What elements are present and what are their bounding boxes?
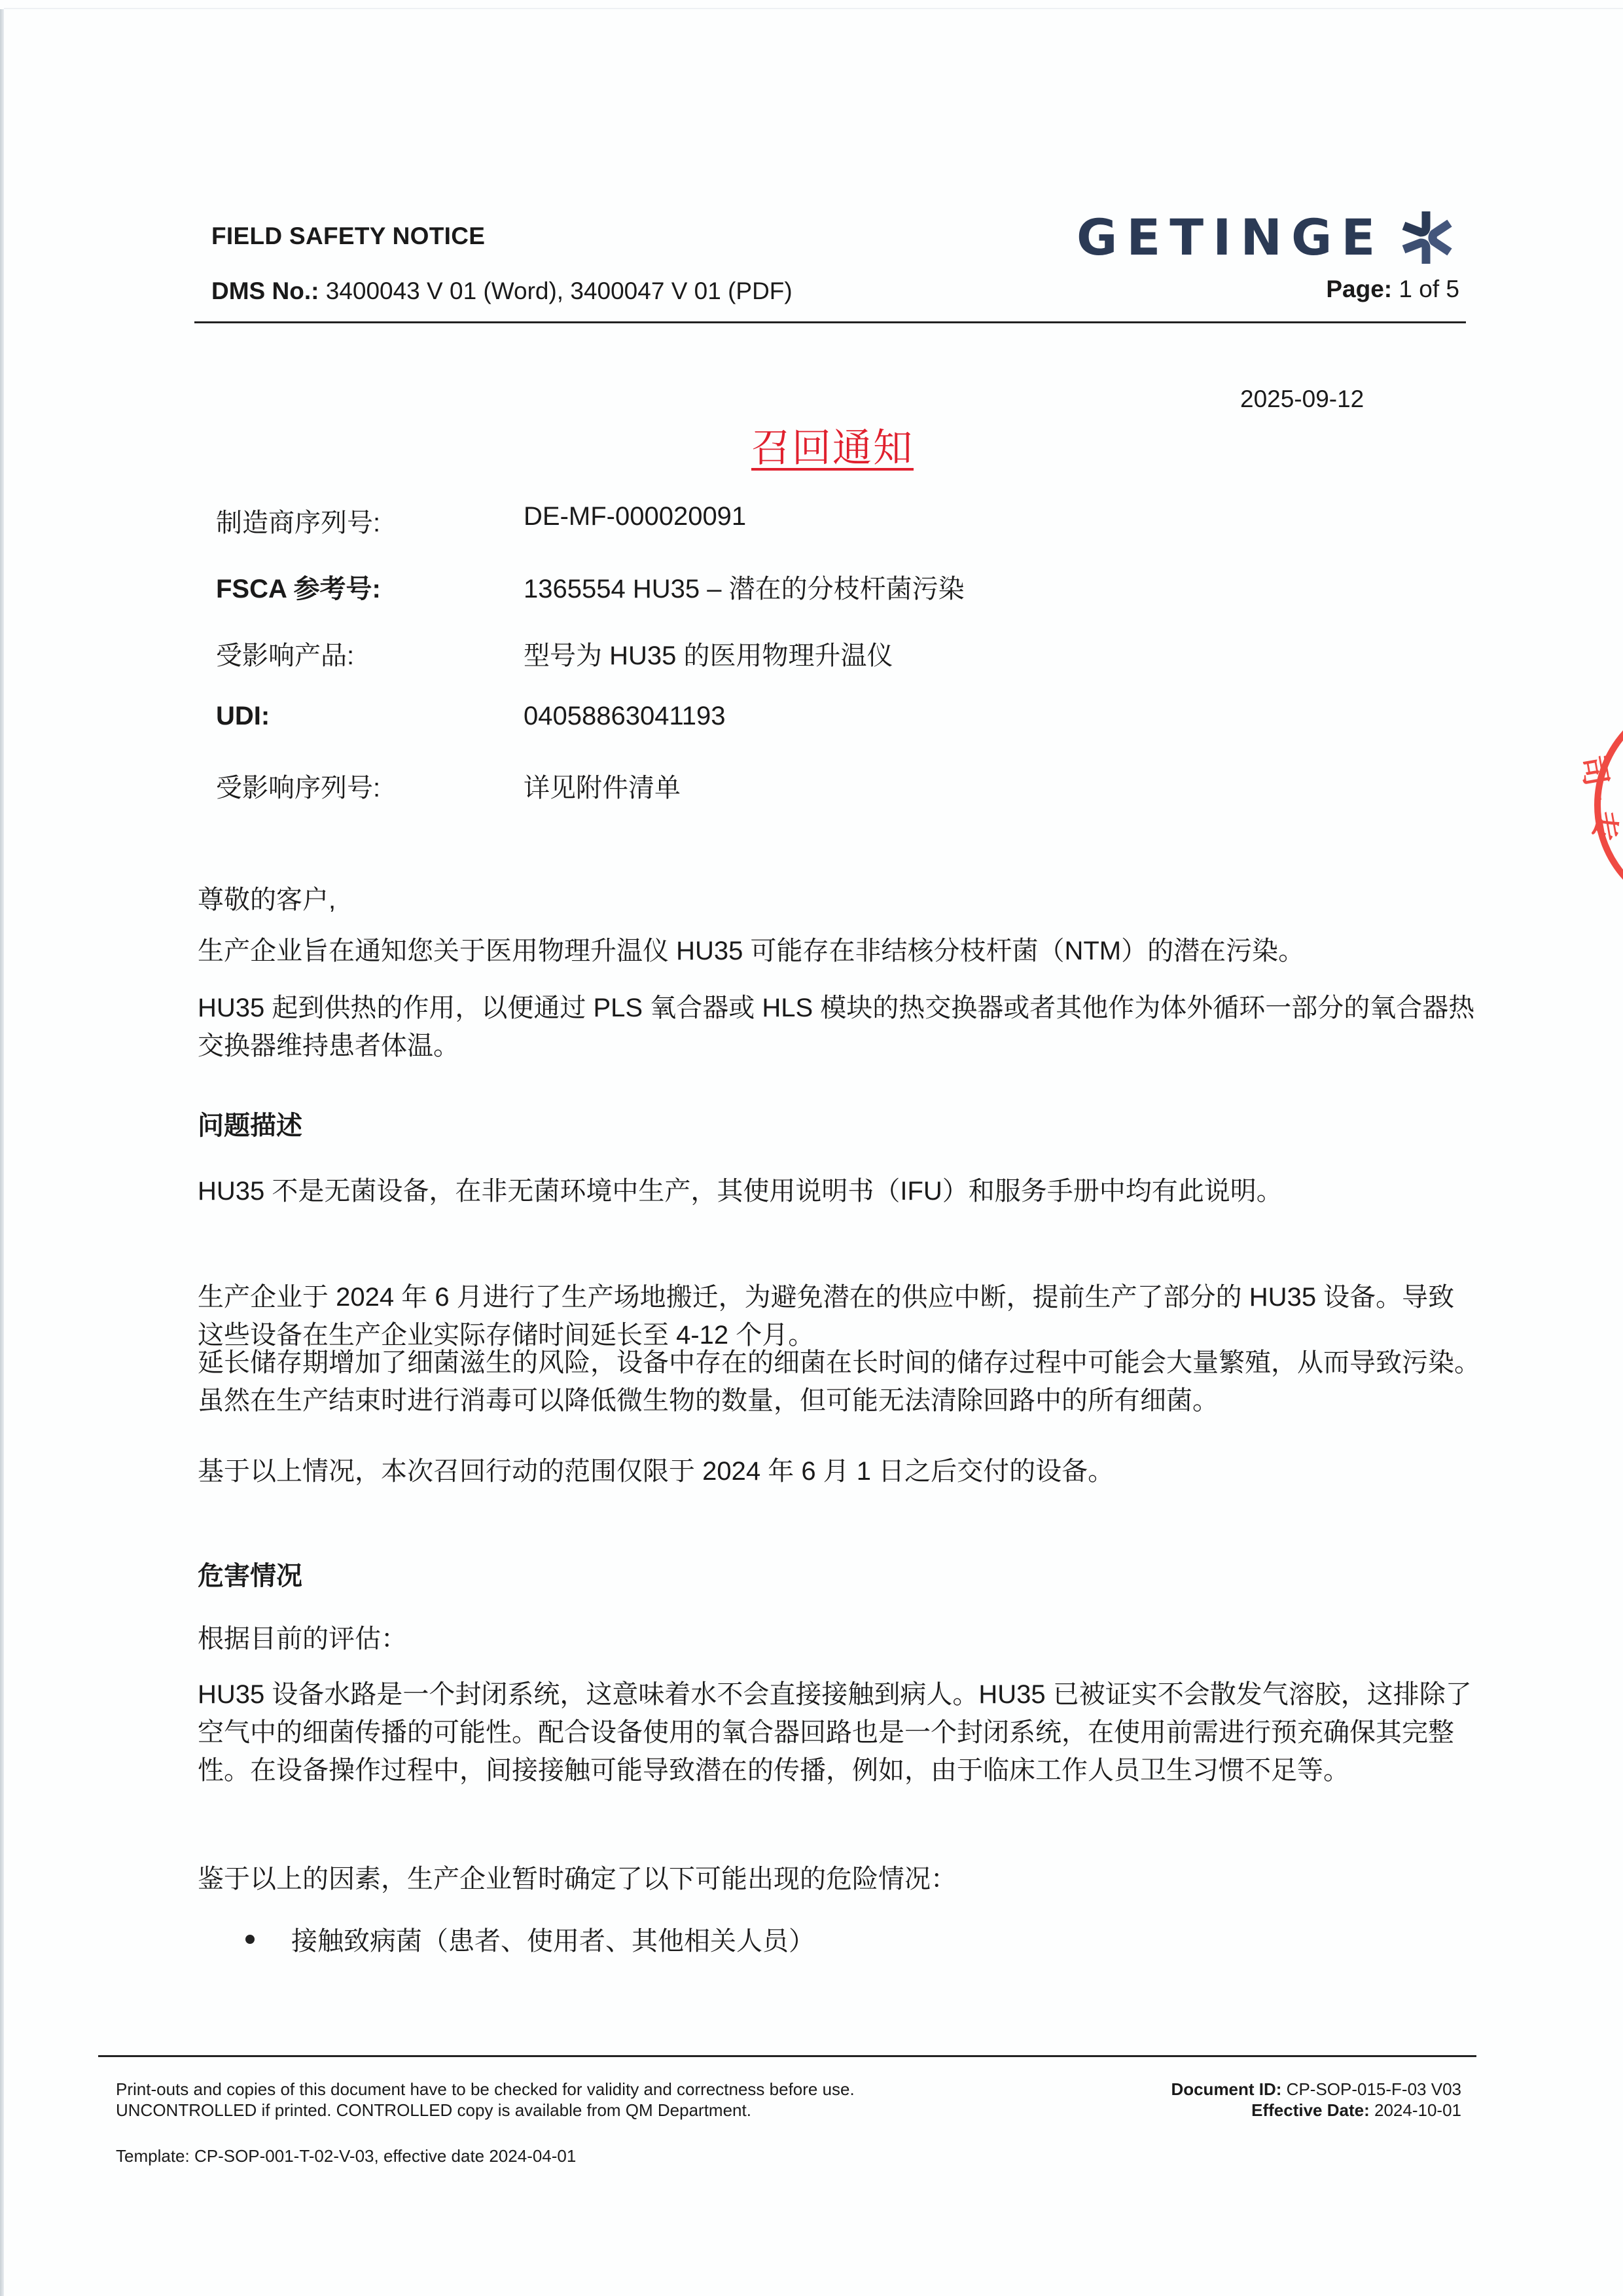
document-id: Document ID: CP-SOP-015-F-03 V03 xyxy=(1171,2079,1461,2100)
page-label: Page: xyxy=(1326,276,1392,302)
footer-divider xyxy=(98,2055,1476,2057)
info-value: 详见附件清单 xyxy=(524,767,681,804)
bullet-icon xyxy=(245,1935,255,1944)
document-id-label: Document ID: xyxy=(1171,2079,1281,2099)
effective-date: Effective Date: 2024-10-01 xyxy=(1171,2100,1461,2121)
scope-paragraph: 基于以上情况，本次召回行动的范围仅限于 2024 年 6 月 1 日之后交付的设… xyxy=(198,1452,1480,1490)
page-value: 1 of 5 xyxy=(1399,276,1459,302)
info-row-affected-product: 受影响产品: 型号为 HU35 的医用物理升温仪 xyxy=(216,635,893,672)
getinge-logo: GETINGE xyxy=(1077,208,1452,266)
effective-date-value: 2024-10-01 xyxy=(1374,2100,1461,2120)
seal-text: 司 · 专 xyxy=(1574,753,1623,845)
section-heading-hazard: 危害情况 xyxy=(198,1555,302,1592)
page-title: 召回通知 xyxy=(751,417,914,473)
document-id-value: CP-SOP-015-F-03 V03 xyxy=(1287,2079,1461,2099)
info-label: 受影响产品: xyxy=(216,635,524,672)
problem-paragraph-2: 生产企业于 2024 年 6 月进行了生产场地搬迁，为避免潜在的供应中断，提前生… xyxy=(198,1278,1480,1354)
info-row-fsca-ref: FSCA 参考号: 1365554 HU35 – 潜在的分枝杆菌污染 xyxy=(216,568,965,605)
scan-edge xyxy=(0,9,4,2296)
info-label: 受影响序列号: xyxy=(216,767,524,804)
dms-label: DMS No.: xyxy=(211,278,319,304)
intro-paragraph: 生产企业旨在通知您关于医用物理升温仪 HU35 可能存在非结核分枝杆菌（NTM）… xyxy=(198,932,1480,970)
page-number: Page: 1 of 5 xyxy=(1326,276,1459,303)
footer-notice: Print-outs and copies of this document h… xyxy=(116,2079,855,2121)
intro-paragraph-2: HU35 起到供热的作用，以便通过 PLS 氧合器或 HLS 模块的热交换器或者… xyxy=(198,989,1480,1065)
effective-date-label: Effective Date: xyxy=(1251,2100,1370,2120)
footer-template: Template: CP-SOP-001-T-02-V-03, effectiv… xyxy=(116,2146,576,2166)
info-row-udi: UDI: 04058863041193 xyxy=(216,702,725,731)
info-label: 制造商序列号: xyxy=(216,502,524,539)
hazard-paragraph: HU35 设备水路是一个封闭系统，这意味着水不会直接接触到病人。HU35 已被证… xyxy=(198,1676,1480,1789)
dms-number: DMS No.: 3400043 V 01 (Word), 3400047 V … xyxy=(211,278,793,305)
hazard-summary: 鉴于以上的因素，生产企业暂时确定了以下可能出现的危险情况： xyxy=(198,1860,1480,1898)
header-divider xyxy=(194,321,1466,323)
info-label: FSCA 参考号: xyxy=(216,568,524,605)
scan-edge-top xyxy=(4,8,1623,9)
hazard-intro: 根据目前的评估： xyxy=(198,1620,1480,1658)
company-seal-stamp: 司 · 专 xyxy=(1594,694,1623,916)
info-value: 型号为 HU35 的医用物理升温仪 xyxy=(524,635,893,672)
info-value: DE-MF-000020091 xyxy=(524,502,746,539)
greeting: 尊敬的客户, xyxy=(198,881,1480,919)
footer-notice-line-2: UNCONTROLLED if printed. CONTROLLED copy… xyxy=(116,2100,855,2121)
section-heading-problem: 问题描述 xyxy=(198,1105,302,1142)
document-type: FIELD SAFETY NOTICE xyxy=(211,223,485,250)
list-item-text: 接触致病菌（患者、使用者、其他相关人员） xyxy=(291,1920,815,1958)
logo-wordmark: GETINGE xyxy=(1077,208,1384,266)
info-value: 04058863041193 xyxy=(524,702,725,731)
getinge-asterisk-icon xyxy=(1397,210,1452,265)
info-row-manufacturer-sn: 制造商序列号: DE-MF-000020091 xyxy=(216,502,746,539)
info-value: 1365554 HU35 – 潜在的分枝杆菌污染 xyxy=(524,568,965,605)
problem-paragraph-3: 延长储存期增加了细菌滋生的风险，设备中存在的细菌在长时间的储存过程中可能会大量繁… xyxy=(198,1344,1480,1420)
footer-doc-info: Document ID: CP-SOP-015-F-03 V03 Effecti… xyxy=(1171,2079,1461,2121)
notice-date: 2025-09-12 xyxy=(1240,386,1364,413)
info-row-affected-sn: 受影响序列号: 详见附件清单 xyxy=(216,767,681,804)
dms-value: 3400043 V 01 (Word), 3400047 V 01 (PDF) xyxy=(326,278,793,304)
problem-paragraph-1: HU35 不是无菌设备，在非无菌环境中生产，其使用说明书（IFU）和服务手册中均… xyxy=(198,1172,1480,1210)
info-label: UDI: xyxy=(216,702,524,731)
hazard-list-item: 接触致病菌（患者、使用者、其他相关人员） xyxy=(245,1920,815,1958)
footer-notice-line-1: Print-outs and copies of this document h… xyxy=(116,2079,855,2100)
